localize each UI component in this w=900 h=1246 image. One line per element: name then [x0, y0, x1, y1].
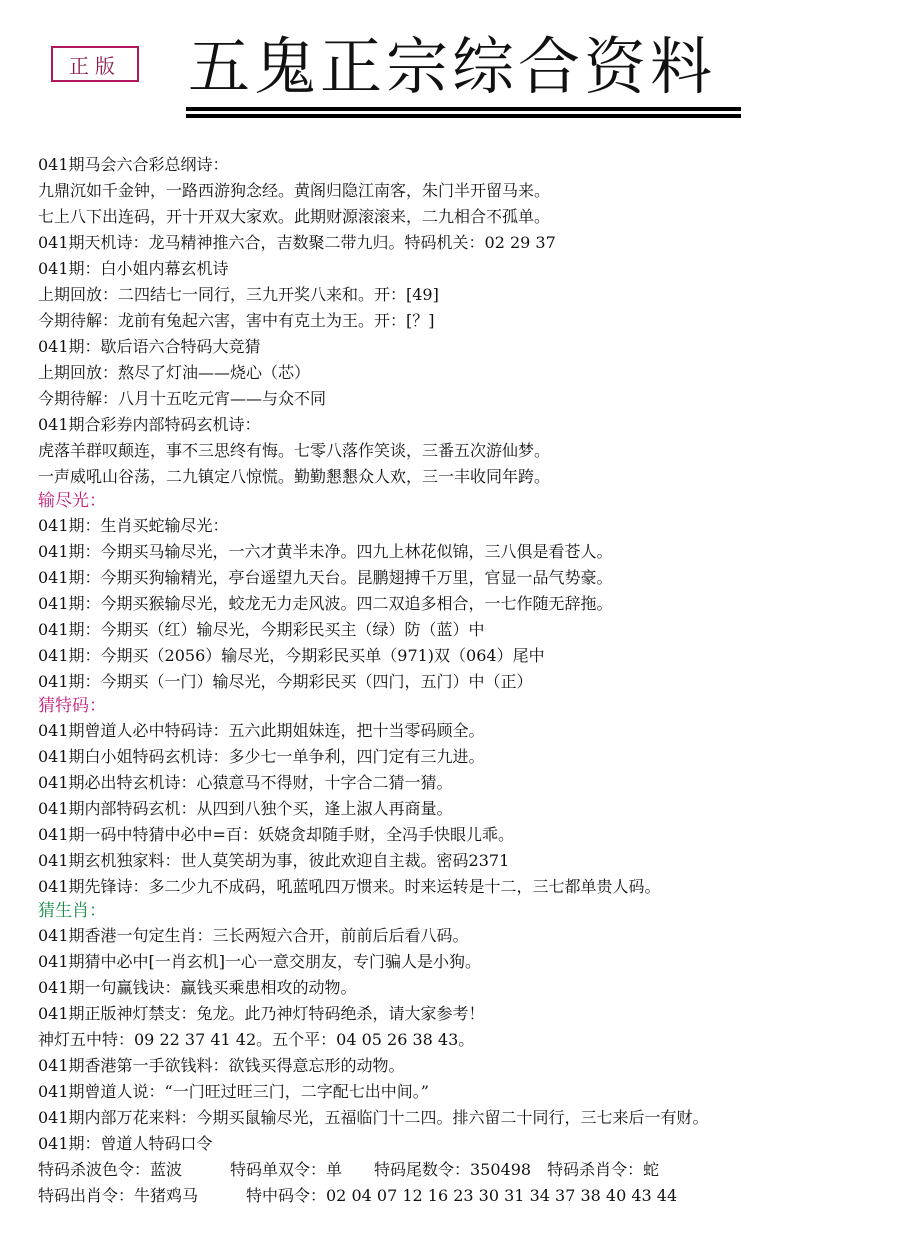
- text-line: 特码出肖令：牛猪鸡马 特中码令：02 04 07 12 16 23 30 31 …: [38, 1183, 898, 1209]
- text-line: 041期必出特玄机诗：心猿意马不得财，十字合二猜一猜。: [38, 770, 898, 796]
- section-heading: 猜特码：: [38, 695, 898, 718]
- text-line: 041期内部万花来料：今期买鼠输尽光，五福临门十二四。排六留二十同行，三七来后一…: [38, 1105, 898, 1131]
- text-line: 上期回放：二四结七一同行，三九开奖八来和。开：[49]: [38, 282, 898, 308]
- text-line: 041期玄机独家料：世人莫笑胡为事，彼此欢迎自主裁。密码2371: [38, 848, 898, 874]
- text-line: 041期合彩券内部特码玄机诗：: [38, 412, 898, 438]
- text-line: 今期待解：龙前有兔起六害，害中有克土为王。开：[？]: [38, 308, 898, 334]
- content-body: 041期马会六合彩总纲诗：九鼎沉如千金钟，一路西游狗念经。黄阁归隐江南客，朱门半…: [38, 152, 898, 1209]
- text-line: 上期回放：熬尽了灯油——烧心（芯）: [38, 360, 898, 386]
- title-underline-bottom: [186, 114, 741, 118]
- text-line: 虎落羊群叹颠连，事不三思终有悔。七零八落作笑谈，三番五次游仙梦。: [38, 438, 898, 464]
- page-title: 五鬼正宗综合资料: [188, 32, 508, 102]
- section-heading: 猜生肖：: [38, 900, 898, 923]
- text-line: 041期香港一句定生肖：三长两短六合开，前前后后看八码。: [38, 923, 898, 949]
- text-line: 一声威吼山谷荡，二九镇定八惊慌。勤勤懇懇众人欢，三一丰收同年跨。: [38, 464, 898, 490]
- text-line: 041期先锋诗：多二少九不成码，吼蓝吼四万惯来。时来运转是十二，三七都单贵人码。: [38, 874, 898, 900]
- text-line: 041期曾道人必中特码诗：五六此期姐妹连，把十当零码顾全。: [38, 718, 898, 744]
- text-line: 041期一码中特猜中必中=百：妖娆贪却随手财，全冯手快眼儿乖。: [38, 822, 898, 848]
- text-line: 041期：今期买猴输尽光，蛟龙无力走风波。四二双追多相合，一七作随无辞拖。: [38, 591, 898, 617]
- text-line: 041期：今期买马输尽光，一六才黄半未净。四九上林花似锦，三八俱是看苍人。: [38, 539, 898, 565]
- text-line: 041期：今期买（红）输尽光，今期彩民买主（绿）防（蓝）中: [38, 617, 898, 643]
- text-line: 041期香港第一手欲钱料：欲钱买得意忘形的动物。: [38, 1053, 898, 1079]
- section-heading: 输尽光：: [38, 490, 898, 513]
- title-block: 五鬼正宗综合资料: [188, 32, 508, 102]
- text-line: 神灯五中特：09 22 37 41 42。五个平：04 05 26 38 43。: [38, 1027, 898, 1053]
- text-line: 041期：今期买（一门）输尽光，今期彩民买（四门，五门）中（正）: [38, 669, 898, 695]
- text-line: 七上八下出连码，开十开双大家欢。此期财源滚滚来，二九相合不孤单。: [38, 204, 898, 230]
- text-line: 041期白小姐特码玄机诗：多少七一单争利，四门定有三九进。: [38, 744, 898, 770]
- text-line: 041期：今期买（2056）输尽光，今期彩民买单（971)双（064）尾中: [38, 643, 898, 669]
- text-line: 041期内部特码玄机：从四到八独个买，逢上淑人再商量。: [38, 796, 898, 822]
- text-line: 041期：今期买狗输精光，亭台遥望九天台。昆鹏翅搏千万里，官显一品气势豪。: [38, 565, 898, 591]
- text-line: 九鼎沉如千金钟，一路西游狗念经。黄阁归隐江南客，朱门半开留马来。: [38, 178, 898, 204]
- text-line: 041期：曾道人特码口令: [38, 1131, 898, 1157]
- text-line: 特码杀波色令：蓝波 特码单双令：单 特码尾数令：350498 特码杀肖令：蛇: [38, 1157, 898, 1183]
- text-line: 今期待解：八月十五吃元宵——与众不同: [38, 386, 898, 412]
- text-line: 041期：生肖买蛇输尽光：: [38, 513, 898, 539]
- text-line: 041期猜中必中[一肖玄机]一心一意交朋友，专门骗人是小狗。: [38, 949, 898, 975]
- text-line: 041期天机诗：龙马精神推六合，吉数聚二带九归。特码机关：02 29 37: [38, 230, 898, 256]
- text-line: 041期：歇后语六合特码大竞猜: [38, 334, 898, 360]
- text-line: 041期曾道人说：“一门旺过旺三门，二字配七出中间。”: [38, 1079, 898, 1105]
- text-line: 041期一句赢钱诀：赢钱买乘患相攻的动物。: [38, 975, 898, 1001]
- text-line: 041期马会六合彩总纲诗：: [38, 152, 898, 178]
- text-line: 041期：白小姐内幕玄机诗: [38, 256, 898, 282]
- title-underline-top: [186, 107, 741, 111]
- text-line: 041期正版神灯禁支：兔龙。此乃神灯特码绝杀，请大家参考！: [38, 1001, 898, 1027]
- authentic-edition-badge: 正版: [51, 46, 139, 82]
